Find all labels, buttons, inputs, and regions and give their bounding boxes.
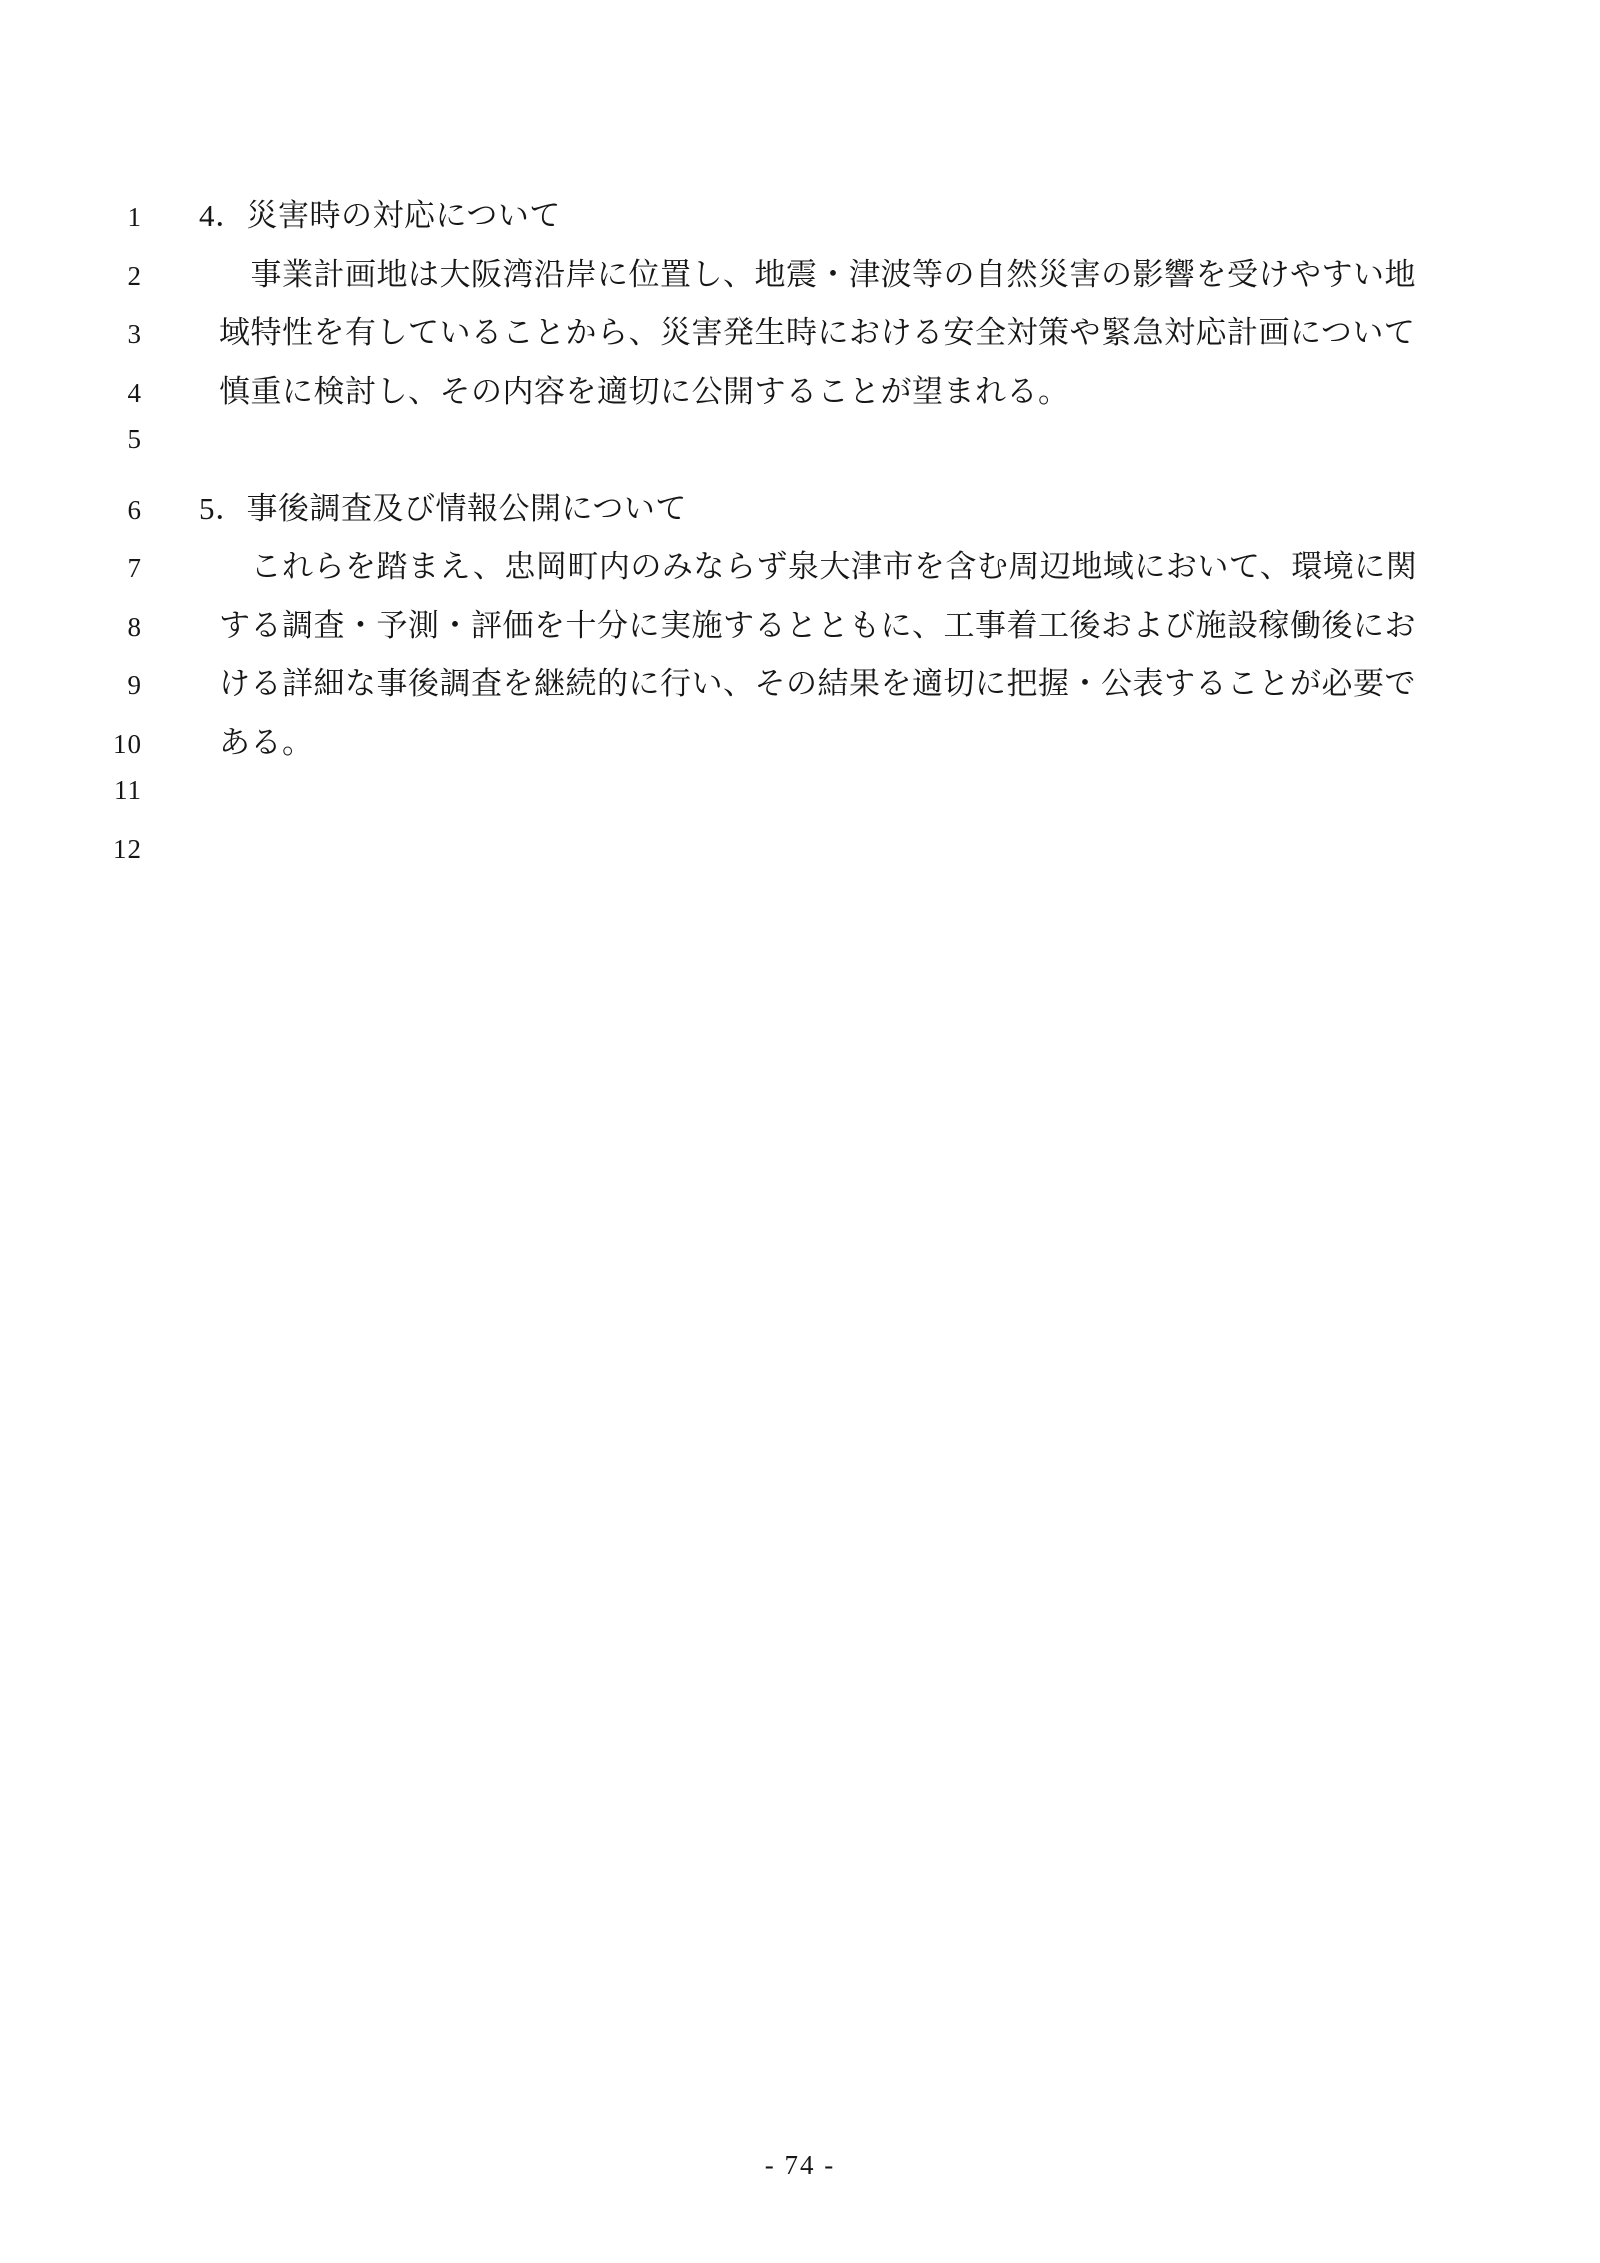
line-number: 4: [0, 378, 142, 409]
text-line: 12: [0, 834, 1600, 893]
line-text: ける詳細な事後調査を継続的に行い、その結果を適切に把握・公表することが必要で: [219, 658, 1416, 703]
line-text: 5．事後調査及び情報公開について: [199, 483, 687, 528]
line-text: する調査・予測・評価を十分に実施するとともに、工事着工後および施設稼働後にお: [219, 600, 1416, 645]
document-page: 14．災害時の対応について2 事業計画地は大阪湾沿岸に位置し、地震・津波等の自然…: [0, 0, 1600, 2263]
text-line: 65．事後調査及び情報公開について: [0, 483, 1600, 542]
line-number: 7: [0, 553, 142, 584]
line-number: 3: [0, 319, 142, 350]
text-line: 4慎重に検討し、その内容を適切に公開することが望まれる。: [0, 366, 1600, 425]
line-number: 9: [0, 670, 142, 701]
line-list: 14．災害時の対応について2 事業計画地は大阪湾沿岸に位置し、地震・津波等の自然…: [0, 190, 1600, 892]
line-number: 5: [0, 424, 142, 455]
line-number: 6: [0, 495, 142, 526]
text-line: 3域特性を有していることから、災害発生時における安全対策や緊急対応計画について: [0, 307, 1600, 366]
text-line: 9ける詳細な事後調査を継続的に行い、その結果を適切に把握・公表することが必要で: [0, 658, 1600, 717]
line-number: 11: [0, 775, 142, 806]
line-text: 域特性を有していることから、災害発生時における安全対策や緊急対応計画について: [219, 307, 1415, 352]
line-number: 8: [0, 612, 142, 643]
line-number: 10: [0, 729, 142, 760]
text-line: 2 事業計画地は大阪湾沿岸に位置し、地震・津波等の自然災害の影響を受けやすい地: [0, 249, 1600, 308]
text-line: 11: [0, 775, 1600, 834]
line-number: 1: [0, 202, 142, 233]
line-text: これらを踏まえ、忠岡町内のみならず泉大津市を含む周辺地域において、環境に関: [219, 541, 1417, 586]
line-number: 12: [0, 834, 142, 865]
text-line: 14．災害時の対応について: [0, 190, 1600, 249]
text-line: 8する調査・予測・評価を十分に実施するとともに、工事着工後および施設稼働後にお: [0, 600, 1600, 659]
line-text: ある。: [219, 717, 314, 762]
line-text: 4．災害時の対応について: [199, 190, 561, 235]
text-line: 10ある。: [0, 717, 1600, 776]
line-text: 慎重に検討し、その内容を適切に公開することが望まれる。: [219, 366, 1070, 411]
text-line: 5: [0, 424, 1600, 483]
line-text: 事業計画地は大阪湾沿岸に位置し、地震・津波等の自然災害の影響を受けやすい地: [219, 249, 1416, 294]
line-number: 2: [0, 261, 142, 292]
footer-page-number: - 74 -: [0, 2150, 1600, 2181]
text-line: 7 これらを踏まえ、忠岡町内のみならず泉大津市を含む周辺地域において、環境に関: [0, 541, 1600, 600]
